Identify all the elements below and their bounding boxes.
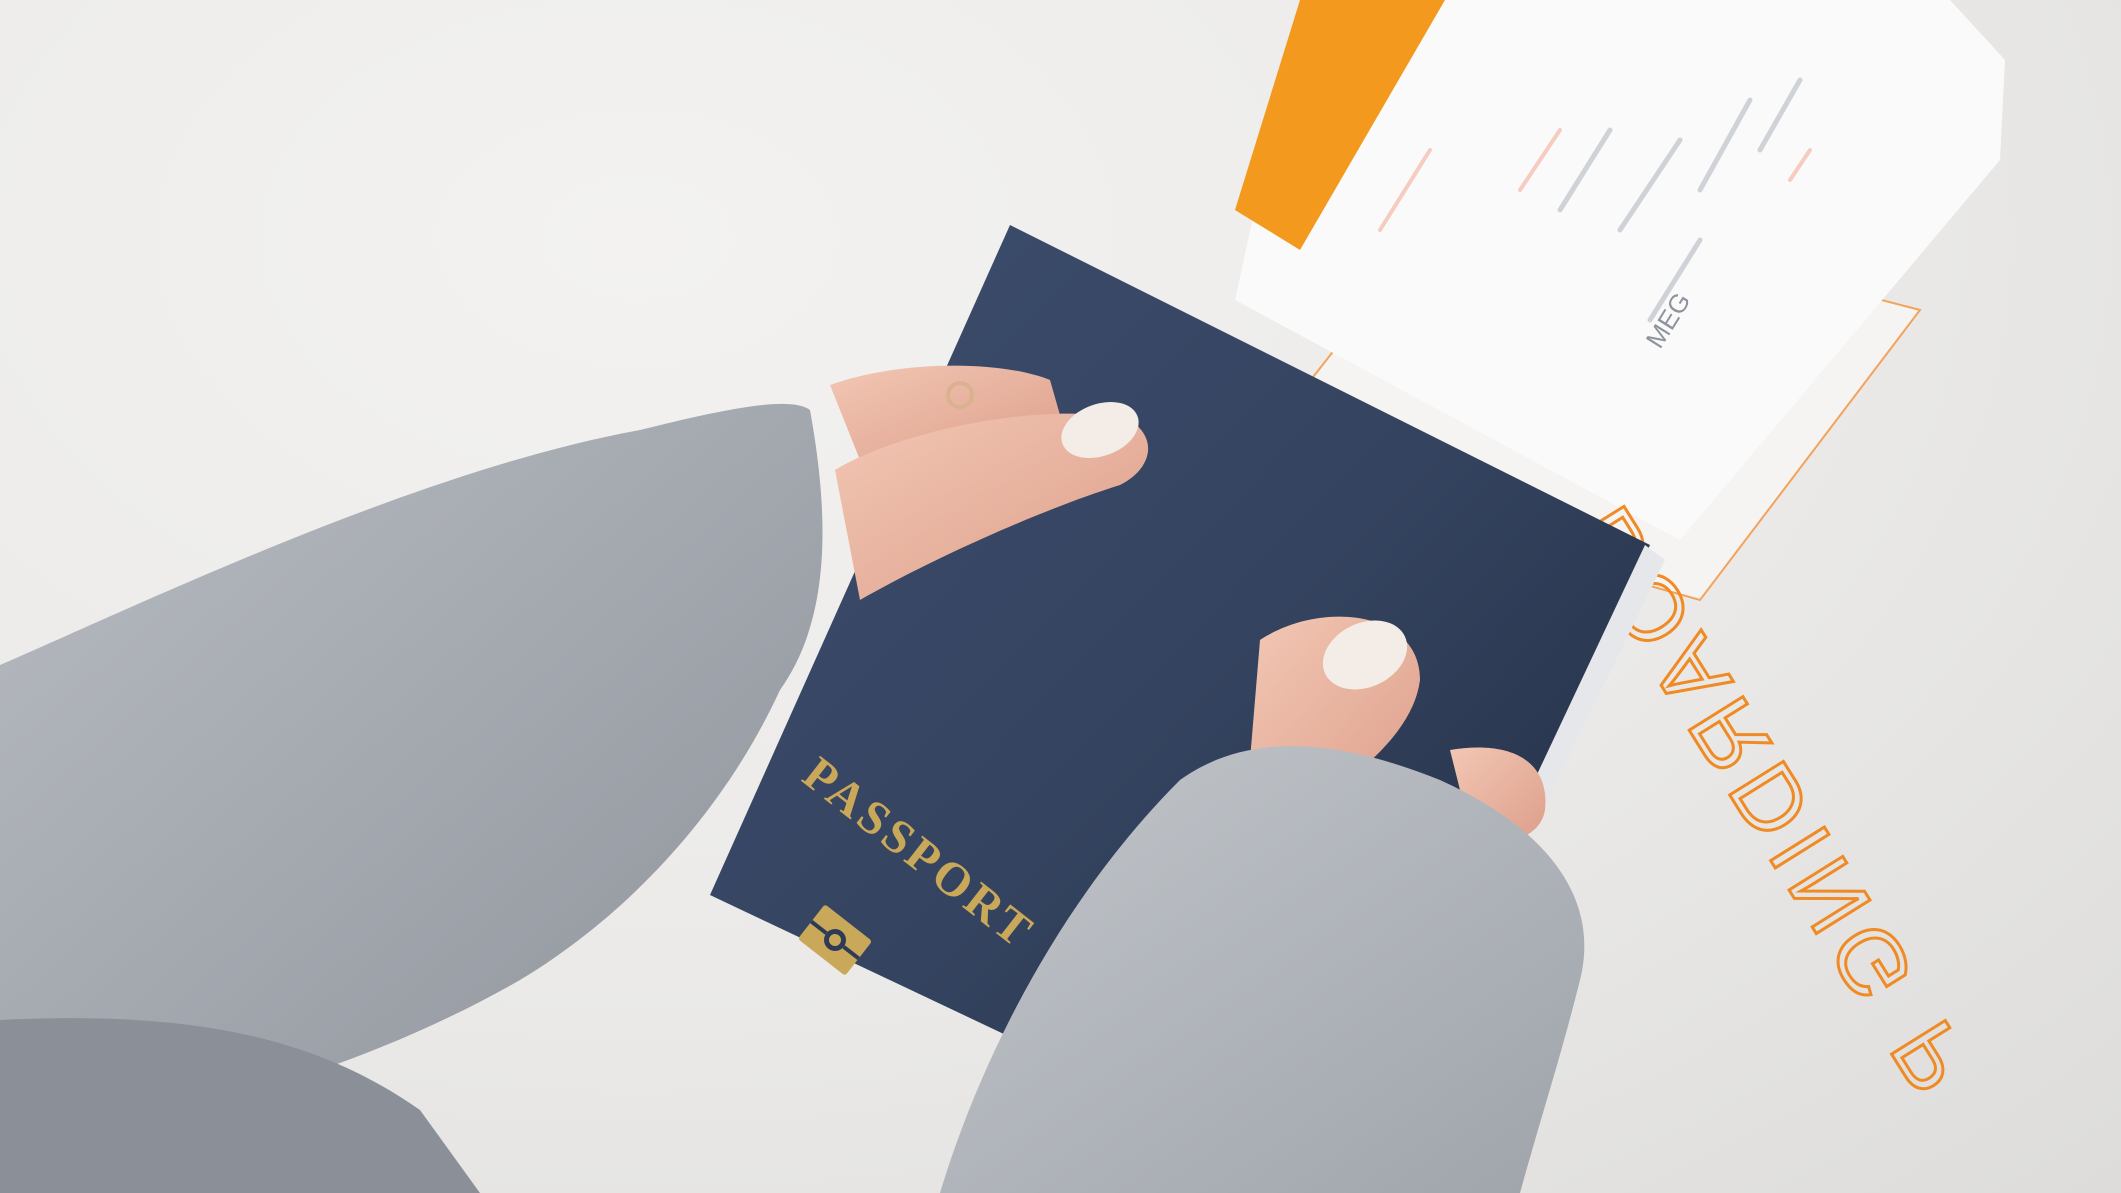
photo-illustration: MEG BOARDING P PASSPORT [0, 0, 2121, 1193]
sweater-lower [0, 1018, 480, 1193]
photo-scene: MEG BOARDING P PASSPORT [0, 0, 2121, 1193]
